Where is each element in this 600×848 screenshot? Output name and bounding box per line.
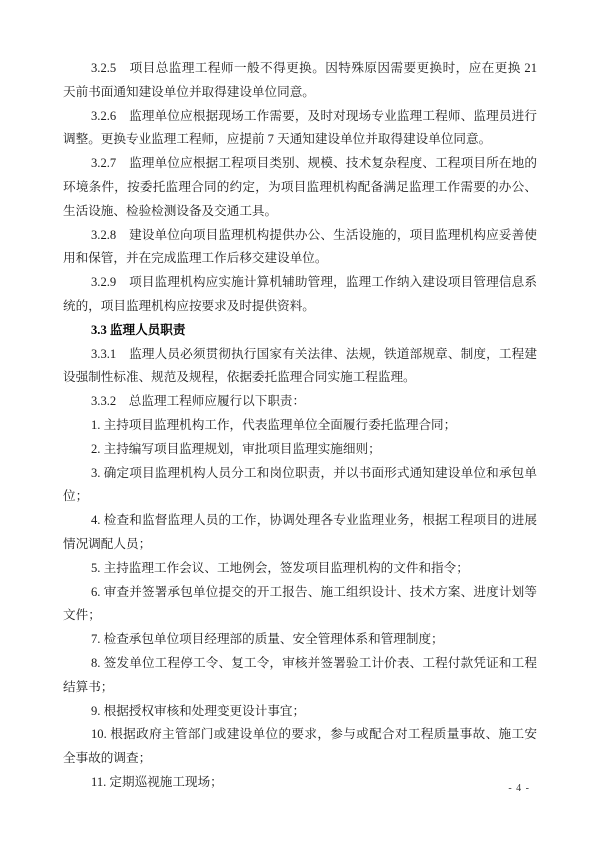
duty-item-8: 8. 签发单位工程停工令、复工令，审核并签署验工计价表、工程付款凭证和工程结算书… xyxy=(63,652,537,700)
document-body: 3.2.5 项目总监理工程师一般不得更换。因特殊原因需要更换时，应在更换 21 … xyxy=(63,57,537,795)
duty-item-4: 4. 检查和监督监理人员的工作，协调处理各专业监理业务，根据工程项目的进展情况调… xyxy=(63,509,537,557)
page-footer: - 4 - xyxy=(508,783,530,794)
clause-3-2-7: 3.2.7 监理单位应根据工程项目类别、规模、技术复杂程度、工程项目所在地的环境… xyxy=(63,152,537,223)
clause-3-2-9: 3.2.9 项目监理机构应实施计算机辅助管理，监理工作纳入建设项目管理信息系统的… xyxy=(63,271,537,319)
clause-3-2-8: 3.2.8 建设单位向项目监理机构提供办公、生活设施的，项目监理机构应妥善使用和… xyxy=(63,224,537,272)
duty-item-1: 1. 主持项目监理机构工作，代表监理单位全面履行委托监理合同； xyxy=(63,414,537,438)
document-page: 3.2.5 项目总监理工程师一般不得更换。因特殊原因需要更换时，应在更换 21 … xyxy=(0,0,600,848)
clause-3-3-1: 3.3.1 监理人员必须贯彻执行国家有关法律、法规，铁道部规章、制度，工程建设强… xyxy=(63,343,537,391)
duty-item-3: 3. 确定项目监理机构人员分工和岗位职责，并以书面形式通知建设单位和承包单位； xyxy=(63,462,537,510)
duty-item-7: 7. 检查承包单位项目经理部的质量、安全管理体系和管理制度； xyxy=(63,628,537,652)
section-heading-3-3: 3.3 监理人员职责 xyxy=(63,319,537,343)
duty-item-10: 10. 根据政府主管部门或建设单位的要求，参与或配合对工程质量事故、施工安全事故… xyxy=(63,723,537,771)
duty-item-6: 6. 审查并签署承包单位提交的开工报告、施工组织设计、技术方案、进度计划等文件； xyxy=(63,581,537,629)
clause-3-2-5: 3.2.5 项目总监理工程师一般不得更换。因特殊原因需要更换时，应在更换 21 … xyxy=(63,57,537,105)
duty-item-9: 9. 根据授权审核和处理变更设计事宜； xyxy=(63,700,537,724)
page-number: - 4 - xyxy=(508,783,530,794)
duty-item-2: 2. 主持编写项目监理规划，审批项目监理实施细则； xyxy=(63,438,537,462)
clause-3-3-2: 3.3.2 总监理工程师应履行以下职责： xyxy=(63,390,537,414)
duty-item-11: 11. 定期巡视施工现场； xyxy=(63,771,537,795)
duty-item-5: 5. 主持监理工作会议、工地例会，签发项目监理机构的文件和指令； xyxy=(63,557,537,581)
clause-3-2-6: 3.2.6 监理单位应根据现场工作需要，及时对现场专业监理工程师、监理员进行调整… xyxy=(63,105,537,153)
